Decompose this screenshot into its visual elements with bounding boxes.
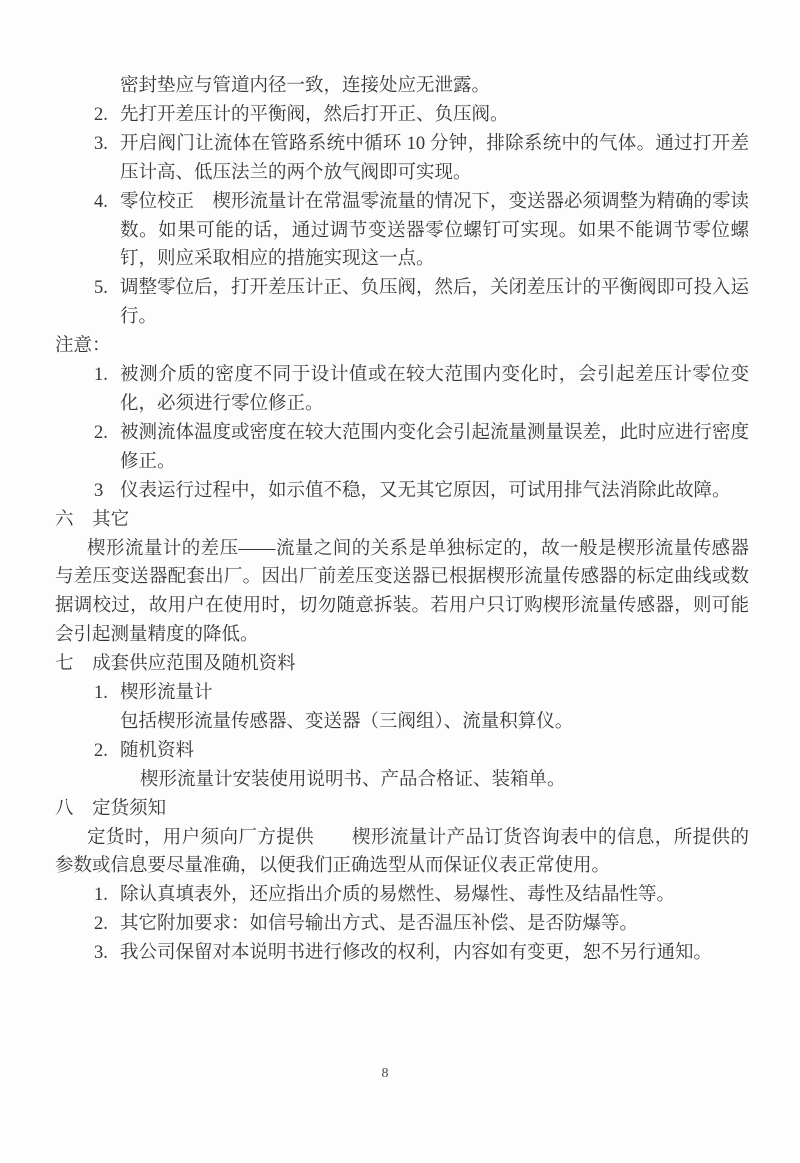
- section-title: 其它: [92, 510, 129, 530]
- item-text: 零位校正 楔形流量计在常温零流量的情况下，变送器必须调整为精确的零读数。如果可能…: [120, 192, 749, 270]
- item-number: 3: [94, 477, 103, 506]
- item-text: 其它附加要求：如信号输出方式、是否温压补偿、是否防爆等。: [120, 914, 638, 934]
- notice-item: 3 仪表运行过程中，如示值不稳，又无其它原因，可试用排气法消除此故障。: [55, 477, 749, 506]
- list-item: 3. 开启阀门让流体在管路系统中循环 10 分钟，排除系统中的气体。通过打开差压…: [55, 130, 749, 188]
- item-number: 1.: [94, 361, 108, 390]
- list-item: 5. 调整零位后，打开差压计正、负压阀，然后，关闭差压计的平衡阀即可投入运行。: [55, 274, 749, 332]
- notice-item: 2. 被测流体温度或密度在较大范围内变化会引起流量测量误差，此时应进行密度修正。: [55, 419, 749, 477]
- item-number: 1.: [94, 881, 108, 910]
- item-text: 先打开差压计的平衡阀，然后打开正、负压阀。: [120, 105, 509, 125]
- item-number: 2.: [94, 101, 108, 130]
- document-page: 密封垫应与管道内径一致，连接处应无泄露。 2. 先打开差压计的平衡阀，然后打开正…: [0, 0, 800, 1163]
- item-number: 2.: [94, 737, 108, 766]
- list-item: 2. 先打开差压计的平衡阀，然后打开正、负压阀。: [55, 101, 749, 130]
- page-number: 8: [0, 1066, 770, 1082]
- section-title: 定货须知: [92, 799, 166, 819]
- item-number: 5.: [94, 274, 108, 303]
- item-text: 仪表运行过程中，如示值不稳，又无其它原因，可试用排气法消除此故障。: [120, 481, 731, 501]
- supply-item: 2. 随机资料: [55, 737, 749, 766]
- section-title: 成套供应范围及随机资料: [92, 654, 296, 674]
- supply-item-detail: 楔形流量计安装使用说明书、产品合格证、装箱单。: [140, 766, 749, 795]
- section-number: 八: [55, 799, 74, 819]
- item-title: 随机资料: [120, 741, 194, 761]
- section-heading-7: 七 成套供应范围及随机资料: [55, 650, 749, 679]
- notice-item: 1. 被测介质的密度不同于设计值或在较大范围内变化时，会引起差压计零位变化，必须…: [55, 361, 749, 419]
- section-paragraph: 定货时，用户须向厂方提供 楔形流量计产品订货咨询表中的信息，所提供的参数或信息要…: [55, 824, 749, 882]
- item-number: 1.: [94, 679, 108, 708]
- item-number: 2.: [94, 419, 108, 448]
- item-number: 2.: [94, 910, 108, 939]
- section-heading-8: 八 定货须知: [55, 795, 749, 824]
- section-number: 七: [55, 654, 74, 674]
- page-content: 密封垫应与管道内径一致，连接处应无泄露。 2. 先打开差压计的平衡阀，然后打开正…: [55, 72, 749, 968]
- section-heading-6: 六 其它: [55, 506, 749, 535]
- list-item-continuation: 密封垫应与管道内径一致，连接处应无泄露。: [120, 72, 749, 101]
- order-item: 3. 我公司保留对本说明书进行修改的权利，内容如有变更，恕不另行通知。: [55, 939, 749, 968]
- item-text: 我公司保留对本说明书进行修改的权利，内容如有变更，恕不另行通知。: [120, 943, 712, 963]
- notice-heading: 注意：: [55, 332, 749, 361]
- item-number: 3.: [94, 130, 108, 159]
- item-text: 被测流体温度或密度在较大范围内变化会引起流量测量误差，此时应进行密度修正。: [120, 423, 749, 472]
- item-number: 4.: [94, 188, 108, 217]
- section-paragraph: 楔形流量计的差压——流量之间的关系是单独标定的，故一般是楔形流量传感器与差压变送…: [55, 535, 749, 651]
- item-text: 开启阀门让流体在管路系统中循环 10 分钟，排除系统中的气体。通过打开差压计高、…: [120, 134, 749, 183]
- supply-item: 1. 楔形流量计: [55, 679, 749, 708]
- section-number: 六: [55, 510, 74, 530]
- item-text: 除认真填表外，还应指出介质的易燃性、易爆性、毒性及结晶性等。: [120, 885, 675, 905]
- item-text: 被测介质的密度不同于设计值或在较大范围内变化时，会引起差压计零位变化，必须进行零…: [120, 365, 749, 414]
- item-number: 3.: [94, 939, 108, 968]
- item-text: 调整零位后，打开差压计正、负压阀，然后，关闭差压计的平衡阀即可投入运行。: [120, 278, 749, 327]
- supply-item-detail: 包括楔形流量传感器、变送器（三阀组）、流量积算仪。: [120, 708, 749, 737]
- order-item: 2. 其它附加要求：如信号输出方式、是否温压补偿、是否防爆等。: [55, 910, 749, 939]
- order-item: 1. 除认真填表外，还应指出介质的易燃性、易爆性、毒性及结晶性等。: [55, 881, 749, 910]
- list-item: 4. 零位校正 楔形流量计在常温零流量的情况下，变送器必须调整为精确的零读数。如…: [55, 188, 749, 275]
- item-title: 楔形流量计: [120, 683, 213, 703]
